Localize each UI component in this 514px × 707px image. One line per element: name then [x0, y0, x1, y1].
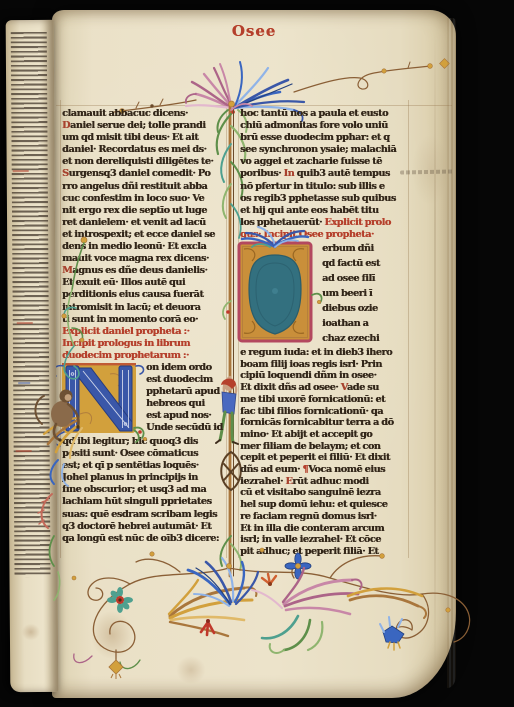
text-line: hoc tantū nos a paula et eusto: [240, 108, 408, 120]
text-line: fac tibi filios fornicationū· qa: [240, 406, 408, 418]
orange-flower: [262, 574, 276, 586]
text-line: os regib3 pphetasse sub quibus: [240, 193, 408, 205]
text-line: see synchronon ysaie; malachiā: [240, 144, 408, 156]
text-line: fornicās fornicabitur terra a dō: [240, 417, 408, 429]
text-line: mino· Et abijt et accepit go: [240, 429, 408, 441]
column-right-beside-initial: erbum dñiqd factū estad osee filīum beer…: [322, 241, 408, 346]
gold-feather-leaf-left: [169, 580, 256, 636]
column-right-top: hoc tantū nos a paula et eustochiū admon…: [240, 108, 408, 241]
teal-shield: [249, 255, 301, 334]
text-line: mer filiam de belaym; et con: [240, 441, 408, 453]
text-column-right: hoc tantū nos a paula et eustochiū admon…: [240, 108, 408, 558]
text-line: brū esse duodecim pphar: et q: [240, 132, 408, 144]
text-line: cuc confestim in loco suo· Ve: [62, 193, 226, 205]
marginal-note: [400, 169, 454, 174]
bottom-foliate-border: [32, 538, 476, 696]
text-line: et non dereliquisti diligētes te·: [62, 156, 226, 168]
illuminated-initial-V: [236, 233, 316, 347]
text-line: erbum dñi: [322, 241, 408, 256]
text-line: on idem ordo: [146, 362, 226, 374]
text-line: um beeri ī: [322, 286, 408, 301]
text-line: est apud nos·: [146, 410, 226, 422]
text-line: poribus· In quib3 autē tempus: [240, 168, 408, 180]
green-sprig-right: [312, 294, 322, 304]
text-line: ioathan a: [322, 316, 408, 331]
text-line: rro angelus dñi restituit abba: [62, 181, 226, 193]
text-line: qd factū est: [322, 256, 408, 271]
manuscript-page: Osee: [52, 10, 456, 698]
text-line: Unde secūdū id: [146, 422, 226, 434]
text-line: vo aggei et zacharie fuisse tē: [240, 156, 408, 168]
text-line: Daniel serue dei; tolle prandi: [62, 120, 226, 132]
text-line: iezrahel· Erūt adhuc modi: [240, 476, 408, 488]
text-line: Et dixit dñs ad osee· Vade su: [240, 382, 408, 394]
text-line: ad osee filī: [322, 271, 408, 286]
text-line: est duodecim: [146, 374, 226, 386]
teal-green-leaves: [262, 616, 322, 653]
text-line: clamauit abbacuc dicens·: [62, 108, 226, 120]
text-line: boam filij ioas regis isrl· Prin: [240, 359, 408, 371]
photograph-background: Osee: [0, 0, 514, 707]
text-line: diebus ozie: [322, 301, 408, 316]
rosette-flower: [107, 587, 133, 613]
blue-quatrefoil-flower: [285, 553, 311, 579]
column-right-initial-row: erbum dñiqd factū estad osee filīum beer…: [240, 241, 408, 347]
text-line: nō pfertur in titulo: sub illis e: [240, 181, 408, 193]
text-line: cū et visitabo sanguinē iezra: [240, 487, 408, 499]
facing-page-rubric-dash: [13, 170, 29, 172]
text-line: Et in illa die conteram arcum: [240, 523, 408, 535]
text-line: nit ergo rex die septīo ut luge: [62, 205, 226, 217]
text-line: um qd misit tibi deus· Et ait: [62, 132, 226, 144]
pendant-jewel: [109, 660, 123, 679]
text-line: cipiū loquendi dñm in osee·: [240, 370, 408, 382]
column-right-bottom: e regum iuda: et in dieb3 iheroboam fili…: [240, 347, 408, 558]
columbine-flower: [380, 617, 412, 650]
text-line: los pphetauerūt· Explicit prolo: [240, 217, 408, 229]
text-line: chiū admonitas fore volo uniū: [240, 120, 408, 132]
text-line: me tibi uxorē fornicationū: et: [240, 394, 408, 406]
text-line: cepit et peperit ei filiū· Et dixit: [240, 452, 408, 464]
text-line: hel sup domū iehu: et quiesce: [240, 499, 408, 511]
text-line: pphetarū apud: [146, 386, 226, 398]
column-left-beside-initial: on idem ordoest duodecimpphetarū apudheb…: [146, 362, 226, 435]
running-title: Osee: [212, 22, 296, 40]
green-vine-gold-buds: [62, 237, 87, 379]
text-line: chaz ezechi: [322, 331, 408, 346]
ruling-line: [408, 100, 409, 558]
text-line: hebreos qui: [146, 398, 226, 410]
text-line: et hij qui ante eos habēt titu: [240, 205, 408, 217]
text-line: re faciam regnū domus isrl·: [240, 511, 408, 523]
pen-flourish-right: [294, 59, 449, 92]
text-line: daniel· Recordatus es mei ds·: [62, 144, 226, 156]
text-line: e regum iuda: et in dieb3 ihero: [240, 347, 408, 359]
text-line: dñs ad eum· ¶Voca nomē eius: [240, 464, 408, 476]
text-line: Surgensq3 daniel comedit· Po: [62, 168, 226, 180]
